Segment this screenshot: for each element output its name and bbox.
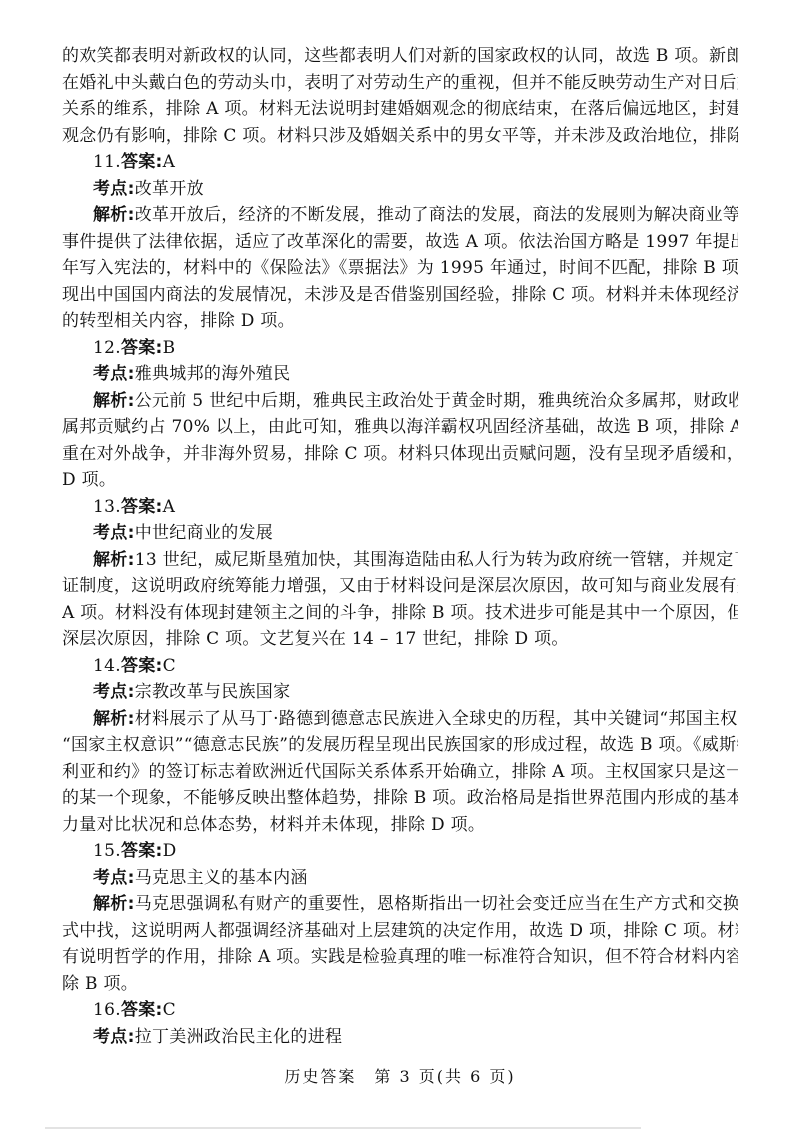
text-line: 年写入宪法的，材料中的《保险法》《票据法》为 1995 年通过，时间不匹配，排除… [62,255,738,282]
footer-subject: 历史答案 [284,1067,356,1086]
text-line: 现出中国国内商法的发展情况，未涉及是否借鉴别国经验，排除 C 项。材料并未体现经… [62,282,738,309]
text-line: “国家主权意识”“德意志民族”的发展历程呈现出民族国家的形成过程，故选 B 项。… [62,732,738,759]
question-16-point: 考点:拉丁美洲政治民主化的进程 [62,1024,738,1051]
text-line: 的转型相关内容，排除 D 项。 [62,308,738,335]
answer-value: A [163,152,176,172]
text-line: 属邦贡赋约占 70% 以上，由此可知，雅典以海洋霸权巩固经济基础，故选 B 项，… [62,414,738,441]
question-16-answer: 16.答案:C [62,997,738,1024]
question-14-answer: 14.答案:C [62,653,738,680]
analysis-text: 材料展示了从马丁·路德到德意志民族进入全球史的历程，其中关键词“邦国主权” [135,709,738,729]
answer-label: 答案: [121,656,163,676]
text-line: 事件提供了法律依据，适应了改革深化的需要，故选 A 项。依法治国方略是 1997… [62,229,738,256]
point-label: 考点: [93,364,135,384]
question-12-point: 考点:雅典城邦的海外殖民 [62,361,738,388]
page-footer: 历史答案第 3 页(共 6 页) [0,1064,800,1087]
point-label: 考点: [93,682,135,702]
text-line: 式中找，这说明两人都强调经济基础对上层建筑的决定作用，故选 D 项，排除 C 项… [62,918,738,945]
answer-value: C [163,1000,176,1020]
point-value: 中世纪商业的发展 [135,523,273,543]
question-14-point: 考点:宗教改革与民族国家 [62,679,738,706]
analysis-text: 马克思强调私有财产的重要性，恩格斯指出一切社会变迁应当在生产方式和交换方 [135,894,738,914]
question-13-point: 考点:中世纪商业的发展 [62,520,738,547]
text-line: 关系的维系，排除 A 项。材料无法说明封建婚姻观念的彻底结束，在落后偏远地区，封… [62,96,738,123]
point-value: 拉丁美洲政治民主化的进程 [135,1027,343,1047]
question-number: 11. [93,152,121,172]
text-line: A 项。材料没有体现封建领主之间的斗争，排除 B 项。技术进步可能是其中一个原因… [62,600,738,627]
answer-value: D [163,841,177,861]
answer-value: C [163,656,176,676]
text-line: 观念仍有影响，排除 C 项。材料只涉及婚姻关系中的男女平等，并未涉及政治地位，排… [62,123,738,150]
question-number: 15. [93,841,121,861]
text-line: 证制度，这说明政府统筹能力增强，又由于材料设问是深层次原因，故可知与商业发展有关… [62,573,738,600]
bottom-divider [45,1127,641,1129]
answer-label: 答案: [121,338,163,358]
answer-page-body: 的欢笑都表明对新政权的认同，这些都表明人们对新的国家政权的认同，故选 B 项。新… [62,43,738,1050]
text-line: 利亚和约》的签订标志着欧洲近代国际关系体系开始确立，排除 A 项。主权国家只是这… [62,759,738,786]
text-line: 除 B 项。 [62,971,738,998]
question-13-analysis: 解析:13 世纪，威尼斯垦殖加快，其围海造陆由私人行为转为政府统一管辖，并规定了… [62,547,738,574]
question-13-answer: 13.答案:A [62,494,738,521]
footer-page-number: 第 3 页(共 6 页) [374,1067,515,1086]
point-label: 考点: [93,868,135,888]
text-line: 力量对比状况和总体态势，材料并未体现，排除 D 项。 [62,812,738,839]
question-12-answer: 12.答案:B [62,335,738,362]
analysis-text: 改革开放后，经济的不断发展，推动了商法的发展，商法的发展则为解决商业等相关 [135,205,738,225]
question-11-analysis: 解析:改革开放后，经济的不断发展，推动了商法的发展，商法的发展则为解决商业等相关 [62,202,738,229]
point-label: 考点: [93,179,135,199]
point-value: 雅典城邦的海外殖民 [135,364,291,384]
question-number: 13. [93,497,121,517]
answer-label: 答案: [121,841,163,861]
text-line: 的欢笑都表明对新政权的认同，这些都表明人们对新的国家政权的认同，故选 B 项。新… [62,43,738,70]
question-15-point: 考点:马克思主义的基本内涵 [62,865,738,892]
question-number: 12. [93,338,121,358]
analysis-text: 公元前 5 世纪中后期，雅典民主政治处于黄金时期，雅典统治众多属邦，财政收入中 [135,391,738,411]
question-15-answer: 15.答案:D [62,838,738,865]
answer-value: B [163,338,176,358]
analysis-label: 解析: [93,391,135,411]
text-line: 重在对外战争，并非海外贸易，排除 C 项。材料只体现出贡赋问题，没有呈现矛盾缓和… [62,441,738,468]
question-11-answer: 11.答案:A [62,149,738,176]
analysis-text: 13 世纪，威尼斯垦殖加快，其围海造陆由私人行为转为政府统一管辖，并规定了许可 [135,550,738,570]
question-number: 14. [93,656,121,676]
answer-value: A [163,497,176,517]
answer-label: 答案: [121,152,163,172]
question-15-analysis: 解析:马克思强调私有财产的重要性，恩格斯指出一切社会变迁应当在生产方式和交换方 [62,891,738,918]
point-value: 宗教改革与民族国家 [135,682,291,702]
text-line: D 项。 [62,467,738,494]
analysis-label: 解析: [93,205,135,225]
point-value: 改革开放 [135,179,204,199]
text-line: 在婚礼中头戴白色的劳动头巾，表明了对劳动生产的重视，但并不能反映劳动生产对日后婚… [62,70,738,97]
text-line: 的某一个现象，不能够反映出整体趋势，排除 B 项。政治格局是指世界范围内形成的基… [62,785,738,812]
analysis-label: 解析: [93,709,135,729]
point-label: 考点: [93,523,135,543]
point-value: 马克思主义的基本内涵 [135,868,308,888]
point-label: 考点: [93,1027,135,1047]
text-line: 深层次原因，排除 C 项。文艺复兴在 14 – 17 世纪，排除 D 项。 [62,626,738,653]
text-line: 有说明哲学的作用，排除 A 项。实践是检验真理的唯一标准符合知识，但不符合材料内… [62,944,738,971]
question-12-analysis: 解析:公元前 5 世纪中后期，雅典民主政治处于黄金时期，雅典统治众多属邦，财政收… [62,388,738,415]
analysis-label: 解析: [93,550,135,570]
question-number: 16. [93,1000,121,1020]
question-11-point: 考点:改革开放 [62,176,738,203]
question-14-analysis: 解析:材料展示了从马丁·路德到德意志民族进入全球史的历程，其中关键词“邦国主权” [62,706,738,733]
answer-label: 答案: [121,1000,163,1020]
answer-label: 答案: [121,497,163,517]
analysis-label: 解析: [93,894,135,914]
